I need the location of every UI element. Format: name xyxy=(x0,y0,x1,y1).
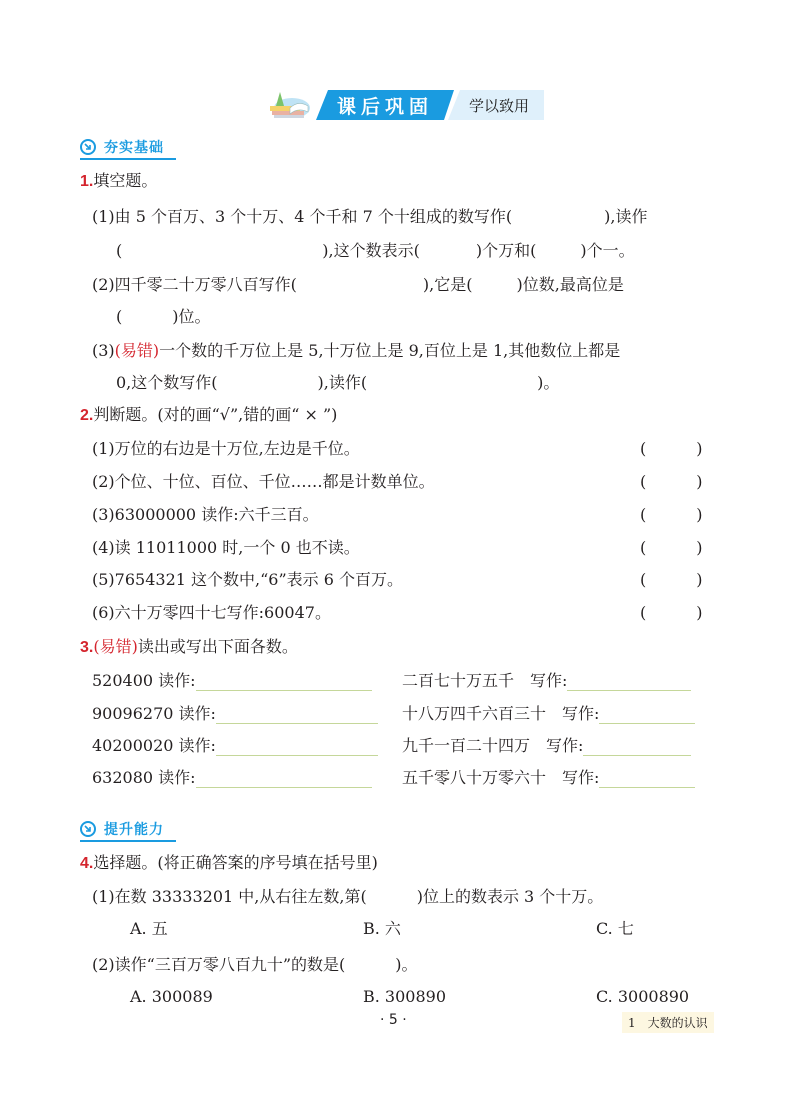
read-write-row: 90096270 读作: xyxy=(92,701,378,724)
question-1-title: 1.填空题。 xyxy=(80,170,157,193)
worksheet-page: 课后巩固 学以致用 夯实基础 1.填空题。 (1)由 5 个百万、3 个十万、4… xyxy=(0,0,790,1096)
section-heading-advanced: 提升能力 xyxy=(80,818,176,842)
question-2-title: 2.判断题。(对的画“√”,错的画“ × ”) xyxy=(80,404,337,427)
answer-line[interactable] xyxy=(196,769,372,788)
read-write-row: 632080 读作: xyxy=(92,765,372,788)
q4-item-1-stem: (1)在数 33333201 中,从右往左数,第()位上的数表示 3 个十万。 xyxy=(92,886,603,908)
q1-item-1-line-2: (),这个数表示()个万和()个一。 xyxy=(116,240,635,262)
q2-item-6: (6)六十万零四十七写作:60047。 xyxy=(92,602,331,624)
read-write-row: 40200020 读作: xyxy=(92,733,378,756)
error-prone-tag: (易错) xyxy=(93,637,138,656)
banner-subtitle: 学以致用 xyxy=(448,90,544,120)
q1-item-1-line-1: (1)由 5 个百万、3 个十万、4 个千和 7 个十组成的数写作(),读作 xyxy=(92,206,648,228)
answer-line[interactable] xyxy=(216,737,378,756)
question-3-title: 3.(易错)读出或写出下面各数。 xyxy=(80,636,298,659)
read-write-row: 520400 读作: xyxy=(92,668,372,691)
option-b[interactable]: B. 300890 xyxy=(363,986,446,1008)
answer-line[interactable] xyxy=(583,737,691,756)
judgment-answer-box[interactable]: () xyxy=(640,471,703,493)
q2-item-3: (3)63000000 读作:六千三百。 xyxy=(92,504,319,526)
read-write-row: 五千零八十万零六十 写作: xyxy=(402,765,695,788)
chapter-label: 1 大数的认识 xyxy=(622,1012,714,1033)
answer-line[interactable] xyxy=(567,672,691,691)
q1-item-3-line-2: 0,这个数写作(),读作()。 xyxy=(116,372,559,394)
q1-item-3-line-1: (3)(易错)一个数的千万位上是 5,十万位上是 9,百位上是 1,其他数位上都… xyxy=(92,340,620,362)
q2-item-5: (5)7654321 这个数中,“6”表示 6 个百万。 xyxy=(92,569,403,591)
option-a[interactable]: A. 300089 xyxy=(130,986,213,1008)
judgment-answer-box[interactable]: () xyxy=(640,537,703,559)
section-label: 提升能力 xyxy=(104,819,164,839)
section-label: 夯实基础 xyxy=(104,137,164,157)
page-number: · 5 · xyxy=(380,1012,407,1028)
option-a[interactable]: A. 五 xyxy=(130,918,168,940)
answer-line[interactable] xyxy=(196,672,372,691)
error-prone-tag: (易错) xyxy=(115,341,160,360)
q2-item-4: (4)读 11011000 时,一个 0 也不读。 xyxy=(92,537,360,559)
q1-item-2-line-1: (2)四千零二十万零八百写作(),它是()位数,最高位是 xyxy=(92,274,624,296)
question-4-title: 4.选择题。(将正确答案的序号填在括号里) xyxy=(80,852,378,875)
read-write-row: 九千一百二十四万 写作: xyxy=(402,733,691,756)
arrow-circle-icon xyxy=(80,821,96,837)
q2-item-1: (1)万位的右边是十万位,左边是千位。 xyxy=(92,438,360,460)
option-b[interactable]: B. 六 xyxy=(363,918,401,940)
option-c[interactable]: C. 3000890 xyxy=(596,986,689,1008)
q4-item-2-stem: (2)读作“三百万零八百九十”的数是()。 xyxy=(92,954,418,976)
read-write-row: 二百七十万五千 写作: xyxy=(402,668,691,691)
judgment-answer-box[interactable]: () xyxy=(640,569,703,591)
header-banner: 课后巩固 学以致用 xyxy=(266,88,544,122)
books-illustration-icon xyxy=(266,88,314,122)
read-write-row: 十八万四千六百三十 写作: xyxy=(402,701,695,724)
q2-item-2: (2)个位、十位、百位、千位……都是计数单位。 xyxy=(92,471,435,493)
arrow-circle-icon xyxy=(80,139,96,155)
answer-line[interactable] xyxy=(599,705,695,724)
judgment-answer-box[interactable]: () xyxy=(640,602,703,624)
answer-line[interactable] xyxy=(599,769,695,788)
judgment-answer-box[interactable]: () xyxy=(640,504,703,526)
option-c[interactable]: C. 七 xyxy=(596,918,634,940)
judgment-answer-box[interactable]: () xyxy=(640,438,703,460)
answer-line[interactable] xyxy=(216,705,378,724)
q1-item-2-line-2: ()位。 xyxy=(116,306,211,328)
section-heading-basics: 夯实基础 xyxy=(80,136,176,160)
banner-title: 课后巩固 xyxy=(316,90,454,120)
